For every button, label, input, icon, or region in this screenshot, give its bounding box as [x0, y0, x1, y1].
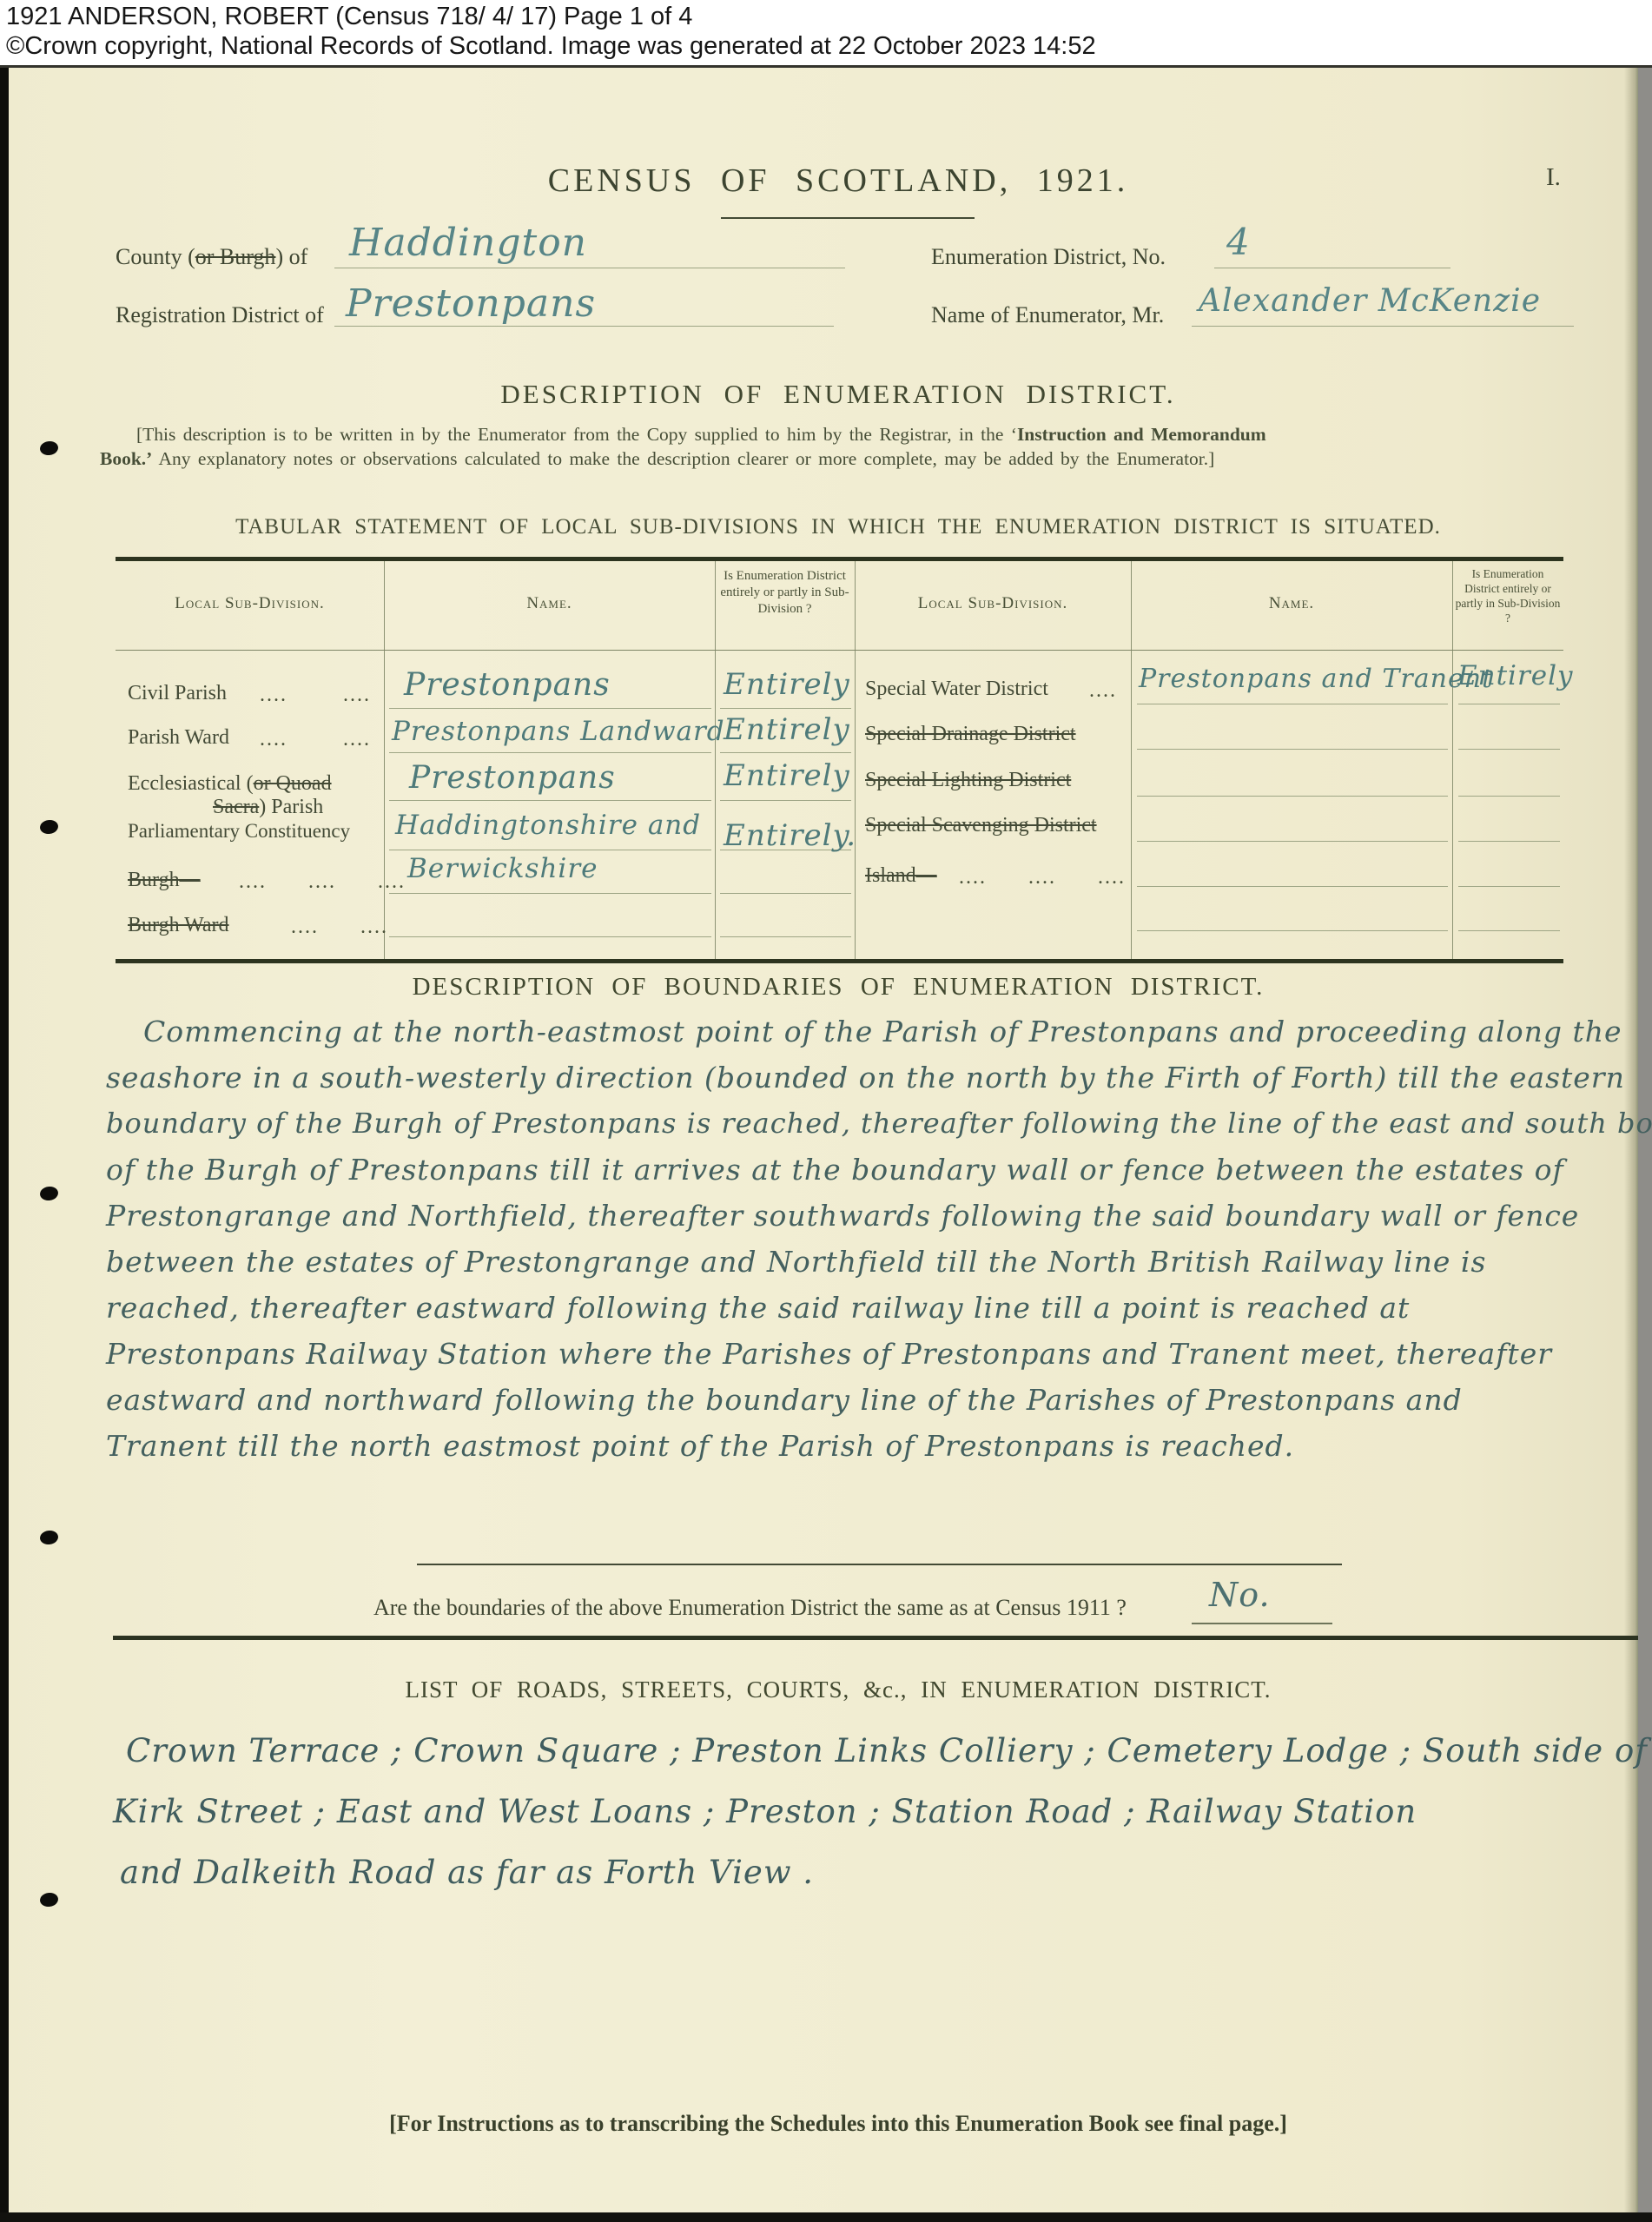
row-label: Ecclesiastical (	[128, 772, 254, 795]
viewer-title-line: 1921 ANDERSON, ROBERT (Census 718/ 4/ 17…	[6, 3, 692, 31]
boundaries-line: Commencing at the north-eastmost point o…	[143, 1015, 1622, 1048]
roads-line: and Dalkeith Road as far as Forth View .	[120, 1854, 814, 1891]
row-burgh-ward: Burgh Ward.... ....	[128, 914, 229, 937]
dot-leader: ....	[1089, 679, 1117, 703]
dot-leader: .... ....	[291, 916, 388, 939]
roads-line: Crown Terrace ; Crown Square ; Preston L…	[126, 1732, 1648, 1769]
row-label: Special Water District	[865, 678, 1048, 700]
column-header-local-subdivision-right: Local Sub-Division.	[855, 594, 1131, 613]
parliamentary-name-line1: Haddingtonshire and	[395, 810, 701, 841]
binding-hole	[39, 1186, 59, 1202]
row-label-line1: Ecclesiastical (or Quoad	[128, 772, 332, 796]
boundaries-line: seashore in a south-westerly direction (…	[106, 1061, 1625, 1094]
parish-ward-name: Prestonpans Landward	[392, 716, 725, 747]
census-1911-answer: No.	[1209, 1576, 1271, 1614]
table-divider	[384, 561, 385, 959]
write-line	[720, 752, 851, 753]
write-line	[1458, 930, 1560, 931]
write-line	[389, 800, 711, 801]
special-water-district-extent: Entirely	[1457, 660, 1574, 691]
table-divider	[1452, 561, 1453, 959]
description-note-line2: Book.’ Any explanatory notes or observat…	[100, 448, 1568, 470]
scan-background-right	[1638, 68, 1652, 2222]
binding-hole	[39, 440, 59, 457]
boundaries-line: reached, thereafter eastward following t…	[106, 1291, 1410, 1325]
column-header-local-subdivision-left: Local Sub-Division.	[116, 594, 384, 613]
boundaries-heading: DESCRIPTION OF BOUNDARIES OF ENUMERATION…	[113, 973, 1563, 1002]
enum-district-value: 4	[1226, 221, 1251, 263]
census-1911-answer-underline	[1192, 1623, 1332, 1624]
row-label: Civil Parish	[128, 682, 227, 704]
description-heading: DESCRIPTION OF ENUMERATION DISTRICT.	[113, 379, 1563, 410]
write-line	[720, 893, 851, 894]
table-divider	[715, 561, 716, 959]
row-label-struck: Burgh Ward	[128, 914, 229, 936]
viewer-header: 1921 ANDERSON, ROBERT (Census 718/ 4/ 17…	[0, 0, 1652, 65]
row-label: Parliamentary Constituency	[128, 820, 350, 842]
table-divider	[1131, 561, 1132, 959]
row-label-struck: Special Lighting District	[865, 769, 1071, 791]
row-label: Parish Ward	[128, 726, 229, 749]
write-line	[720, 936, 851, 937]
dot-leader: .... ....	[260, 728, 371, 751]
scan-background-bottom	[0, 2212, 1652, 2222]
write-line	[1137, 749, 1448, 750]
scan-background-left	[0, 68, 9, 2222]
table-divider	[855, 561, 856, 959]
subdivision-table-heading: TABULAR STATEMENT OF LOCAL SUB-DIVISIONS…	[113, 515, 1563, 539]
column-header-extent-left: Is Enumeration District entirely or part…	[718, 568, 851, 618]
roads-heading: LIST OF ROADS, STREETS, COURTS, &c., IN …	[113, 1676, 1563, 1703]
row-label-struck: Burgh—	[128, 869, 201, 891]
boundaries-line: Prestonpans Railway Station where the Pa…	[106, 1337, 1552, 1371]
row-island: Island—.... .... ....	[865, 864, 937, 888]
write-line	[1137, 841, 1448, 842]
row-label-line2: Sacra) Parish	[128, 796, 332, 819]
subdivision-table: Local Sub-Division. Name. Is Enumeration…	[116, 557, 1563, 963]
row-label-struck: Island—	[865, 864, 937, 887]
write-line	[389, 850, 711, 850]
ecclesiastical-name: Prestonpans	[409, 760, 616, 796]
page-number: I.	[1546, 163, 1561, 192]
write-line	[1137, 930, 1448, 931]
write-line	[1137, 704, 1448, 704]
civil-parish-name: Prestonpans	[404, 667, 611, 703]
row-label-struck: Special Drainage District	[865, 723, 1076, 745]
description-note-line2-bold: Book.’	[100, 448, 152, 469]
write-line	[389, 708, 711, 709]
column-header-name-right: Name.	[1131, 594, 1452, 613]
roads-line: Kirk Street ; East and West Loans ; Pres…	[113, 1793, 1417, 1830]
boundaries-line: eastward and northward following the bou…	[106, 1383, 1463, 1417]
row-special-scavenging-district: Special Scavenging District	[865, 814, 1097, 837]
write-line	[1458, 749, 1560, 750]
parliamentary-extent: Entirely.	[724, 818, 856, 853]
boundaries-end-rule	[417, 1564, 1342, 1565]
special-water-district-name: Prestonpans and Tranent	[1139, 664, 1493, 694]
row-special-lighting-district: Special Lighting District	[865, 769, 1071, 792]
civil-parish-extent: Entirely	[724, 667, 850, 702]
table-header-rule	[116, 650, 1563, 651]
write-line	[1137, 796, 1448, 797]
boundaries-line: of the Burgh of Prestonpans till it arri…	[106, 1153, 1564, 1187]
column-header-extent-right: Is Enumeration District entirely or part…	[1454, 566, 1562, 625]
registration-district-label: Registration District of	[116, 302, 324, 328]
description-note-line1-text: [This description is to be written in by…	[100, 424, 1017, 445]
census-1911-question: Are the boundaries of the above Enumerat…	[373, 1595, 1127, 1621]
registration-district-value: Prestonpans	[346, 281, 596, 326]
write-line	[389, 752, 711, 753]
write-line	[720, 800, 851, 801]
binding-hole	[39, 1892, 59, 1908]
enumerator-underline	[1192, 326, 1574, 327]
write-line	[1458, 796, 1560, 797]
write-line	[1458, 841, 1560, 842]
dot-leader: .... ....	[260, 684, 371, 707]
row-label-struck: Special Scavenging District	[865, 814, 1097, 837]
parish-ward-extent: Entirely	[724, 712, 850, 747]
enum-district-underline	[1214, 268, 1450, 268]
enumerator-label: Name of Enumerator, Mr.	[931, 302, 1164, 328]
footer-instruction-note: [For Instructions as to transcribing the…	[113, 2111, 1563, 2137]
ecclesiastical-extent: Entirely	[724, 758, 850, 793]
row-label-struck: or Quoad	[254, 772, 332, 795]
write-line	[389, 936, 711, 937]
page-edge-shade	[1624, 68, 1638, 2222]
county-label: County (or Burgh) of	[116, 244, 307, 270]
binding-hole	[39, 1530, 59, 1546]
row-ecclesiastical: Ecclesiastical (or Quoad Sacra) Parish	[128, 772, 332, 819]
dot-leader: .... .... ....	[959, 866, 1126, 889]
binding-hole	[39, 819, 59, 836]
county-label-struck: or Burgh	[195, 244, 276, 269]
write-line	[1458, 886, 1560, 887]
page-title: CENSUS OF SCOTLAND, 1921.	[113, 162, 1563, 200]
row-label-struck: Sacra	[213, 796, 259, 818]
enum-district-label: Enumeration District, No.	[931, 244, 1166, 270]
registration-district-underline	[334, 326, 834, 327]
description-note-line2-text: Any explanatory notes or observations ca…	[152, 448, 1214, 469]
boundaries-line: Tranent till the north eastmost point of…	[106, 1429, 1294, 1463]
boundaries-line: boundary of the Burgh of Prestonpans is …	[106, 1107, 1652, 1140]
row-civil-parish: Civil Parish.... ....	[128, 682, 227, 705]
description-note-line1-bold: Instruction and Memorandum	[1017, 424, 1266, 445]
title-rule	[721, 217, 975, 219]
parliamentary-name-line2: Berwickshire	[407, 853, 598, 884]
row-parliamentary-constituency: Parliamentary Constituency	[128, 820, 350, 843]
row-burgh: Burgh—.... .... ....	[128, 869, 201, 892]
boundaries-line: between the estates of Prestongrange and…	[106, 1245, 1486, 1279]
column-header-name-left: Name.	[384, 594, 715, 613]
county-value: Haddington	[349, 221, 587, 265]
description-note-line1: [This description is to be written in by…	[100, 424, 1568, 446]
dot-leader: .... .... ....	[239, 870, 406, 894]
county-label-pre: County (	[116, 244, 195, 269]
row-parish-ward: Parish Ward.... ....	[128, 726, 229, 750]
census-page-scan: CENSUS OF SCOTLAND, 1921. I. County (or …	[0, 65, 1652, 2222]
row-label: ) Parish	[259, 796, 323, 818]
boundaries-line: Prestongrange and Northfield, thereafter…	[106, 1199, 1579, 1233]
viewer-copyright-line: ©Crown copyright, National Records of Sc…	[6, 32, 1096, 61]
enumerator-value: Alexander McKenzie	[1199, 283, 1541, 319]
county-underline	[334, 268, 845, 268]
write-line	[1458, 704, 1560, 704]
county-label-post: ) of	[275, 244, 307, 269]
section-heavy-rule	[113, 1636, 1638, 1640]
row-special-water-district: Special Water District....	[865, 678, 1048, 701]
write-line	[720, 708, 851, 709]
write-line	[1137, 886, 1448, 887]
write-line	[389, 893, 711, 894]
row-special-drainage-district: Special Drainage District	[865, 723, 1076, 746]
